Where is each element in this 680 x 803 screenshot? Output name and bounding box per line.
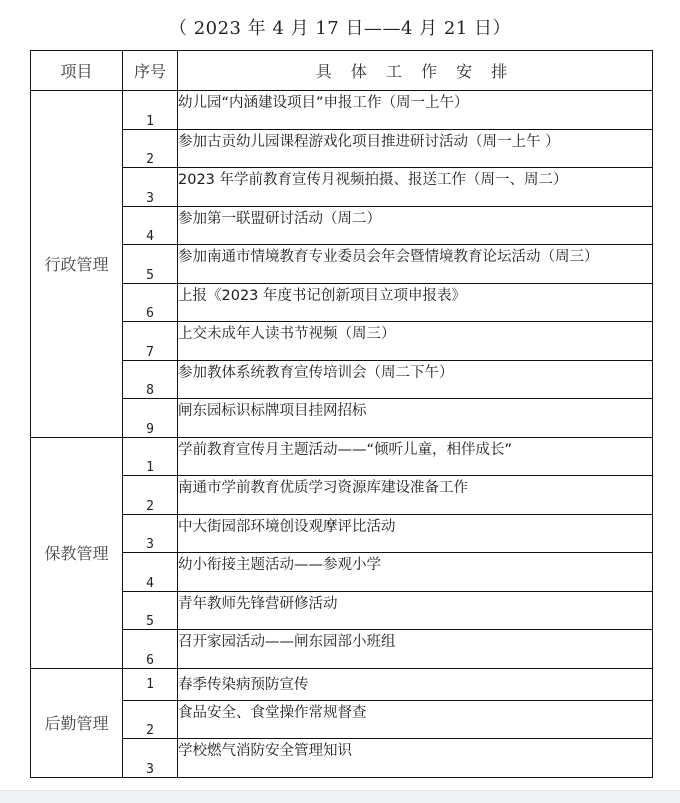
- table-row: 2 参加古贡幼儿园课程游戏化项目推进研讨活动（周一上午 ）: [31, 129, 653, 168]
- category-cell-admin: 行政管理: [31, 91, 123, 438]
- task-cell: 参加南通市情境教育专业委员会年会暨情境教育论坛活动（周三）: [178, 245, 653, 284]
- header-number: 序号: [123, 51, 178, 91]
- viewer-bottom-bar: [0, 790, 680, 803]
- task-cell: 闸东园标识标牌项目挂网招标: [178, 399, 653, 438]
- task-cell: 食品安全、食堂操作常规督查: [178, 700, 653, 739]
- row-number: 6: [123, 630, 178, 669]
- row-number: 4: [123, 206, 178, 245]
- row-number: 3: [123, 168, 178, 207]
- table-row: 3 中大街园部环境创设观摩评比活动: [31, 514, 653, 553]
- weekly-schedule-table: 项目 序号 具 体 工 作 安 排 行政管理 1 幼儿园“内涵建设项目”申报工作…: [30, 50, 653, 778]
- task-cell: 2023 年学前教育宣传月视频拍摄、报送工作（周一、周二）: [178, 168, 653, 207]
- table-row: 9 闸东园标识标牌项目挂网招标: [31, 399, 653, 438]
- date-range-subtitle: （ 2023 年 4 月 17 日——4 月 21 日）: [0, 14, 680, 40]
- table-row: 保教管理 1 学前教育宣传月主题活动——“倾听儿童，相伴成长”: [31, 437, 653, 476]
- row-number: 1: [123, 437, 178, 476]
- table-row: 5 参加南通市情境教育专业委员会年会暨情境教育论坛活动（周三）: [31, 245, 653, 284]
- category-cell-logistics: 后勤管理: [31, 668, 123, 777]
- category-cell-education: 保教管理: [31, 437, 123, 668]
- table-row: 4 幼小衔接主题活动——参观小学: [31, 553, 653, 592]
- row-number: 3: [123, 739, 178, 778]
- table-row: 7 上交未成年人读书节视频（周三）: [31, 322, 653, 361]
- row-number: 4: [123, 553, 178, 592]
- task-cell: 南通市学前教育优质学习资源库建设准备工作: [178, 476, 653, 515]
- row-number: 6: [123, 283, 178, 322]
- table-header-row: 项目 序号 具 体 工 作 安 排: [31, 51, 653, 91]
- task-cell: 青年教师先锋营研修活动: [178, 591, 653, 630]
- row-number: 2: [123, 476, 178, 515]
- header-task: 具 体 工 作 安 排: [178, 51, 653, 91]
- row-number: 9: [123, 399, 178, 438]
- task-cell: 上交未成年人读书节视频（周三）: [178, 322, 653, 361]
- row-number: 1: [123, 668, 178, 700]
- task-cell: 幼儿园“内涵建设项目”申报工作（周一上午）: [178, 91, 653, 130]
- table-row: 8 参加教体系统教育宣传培训会（周二下午）: [31, 360, 653, 399]
- row-number: 1: [123, 91, 178, 130]
- row-number: 2: [123, 700, 178, 739]
- task-cell: 学校燃气消防安全管理知识: [178, 739, 653, 778]
- row-number: 5: [123, 245, 178, 284]
- task-cell: 幼小衔接主题活动——参观小学: [178, 553, 653, 592]
- task-cell: 参加教体系统教育宣传培训会（周二下午）: [178, 360, 653, 399]
- task-cell: 参加古贡幼儿园课程游戏化项目推进研讨活动（周一上午 ）: [178, 129, 653, 168]
- table-row: 4 参加第一联盟研讨活动（周二）: [31, 206, 653, 245]
- task-cell: 参加第一联盟研讨活动（周二）: [178, 206, 653, 245]
- table-row: 3 2023 年学前教育宣传月视频拍摄、报送工作（周一、周二）: [31, 168, 653, 207]
- row-number: 7: [123, 322, 178, 361]
- row-number: 5: [123, 591, 178, 630]
- table-row: 3 学校燃气消防安全管理知识: [31, 739, 653, 778]
- table-row: 2 食品安全、食堂操作常规督查: [31, 700, 653, 739]
- table-row: 后勤管理 1 春季传染病预防宣传: [31, 668, 653, 700]
- row-number: 2: [123, 129, 178, 168]
- task-cell: 召开家园活动——闸东园部小班组: [178, 630, 653, 669]
- table-row: 2 南通市学前教育优质学习资源库建设准备工作: [31, 476, 653, 515]
- table-row: 5 青年教师先锋营研修活动: [31, 591, 653, 630]
- table-row: 6 上报《2023 年度书记创新项目立项申报表》: [31, 283, 653, 322]
- task-cell: 上报《2023 年度书记创新项目立项申报表》: [178, 283, 653, 322]
- task-cell: 学前教育宣传月主题活动——“倾听儿童，相伴成长”: [178, 437, 653, 476]
- row-number: 3: [123, 514, 178, 553]
- table-row: 6 召开家园活动——闸东园部小班组: [31, 630, 653, 669]
- row-number: 8: [123, 360, 178, 399]
- table-row: 行政管理 1 幼儿园“内涵建设项目”申报工作（周一上午）: [31, 91, 653, 130]
- task-cell: 春季传染病预防宣传: [178, 668, 653, 700]
- header-category: 项目: [31, 51, 123, 91]
- task-cell: 中大街园部环境创设观摩评比活动: [178, 514, 653, 553]
